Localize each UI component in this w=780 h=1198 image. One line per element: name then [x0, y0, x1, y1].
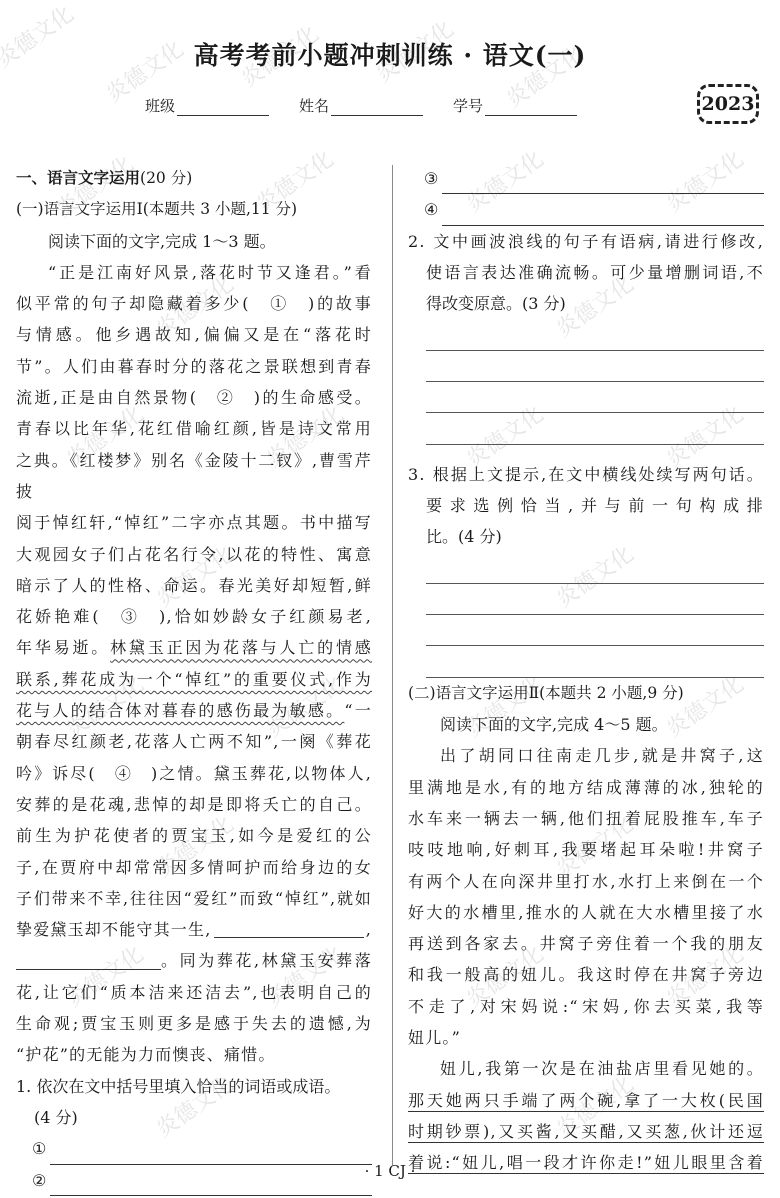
passage-line: 大观园女子们占花名行令,以花的特性、寓意: [16, 539, 372, 570]
student-id-blank[interactable]: [485, 99, 577, 116]
passage-line: 。同为葬花,林黛玉安葬落: [16, 945, 372, 976]
answer-input[interactable]: [442, 173, 764, 194]
instruction-2: 阅读下面的文字,完成 4～5 题。: [408, 709, 764, 740]
passage-line: 好大的水槽里,推水的人就在大水槽里接了水: [408, 897, 764, 928]
passage-line: “正是江南好风景,落花时节又逢君。”看: [16, 257, 372, 288]
section-heading: 一、语言文字运用(20 分): [16, 163, 372, 194]
passage-line: 出了胡同口往南走几步,就是井窝子,这: [408, 740, 764, 771]
subsection-heading-2: (二)语言文字运用Ⅱ(本题共 2 小题,9 分): [408, 678, 764, 709]
passage-text: “一: [344, 701, 372, 720]
passage-line: 花与人的结合体对暮春的感伤最为敏感。“一: [16, 695, 372, 726]
wavy-underlined-sentence: 花与人的结合体对暮春的感伤最为敏感。: [16, 701, 344, 720]
passage-line: 妞儿。”: [408, 1022, 764, 1053]
passage-line: 不走了,对宋妈说:“宋妈,你去买菜,我等: [408, 991, 764, 1022]
section-title: 一、语言文字运用: [16, 169, 140, 187]
passage-line: 朝春尽红颜老,花落人亡两不知”,一阕《葬花: [16, 726, 372, 757]
q3-answer-line[interactable]: [426, 646, 764, 677]
right-column: ③ ④ 2. 文中画波浪线的句子有语病,请进行修改, 使语言表达准确流畅。可少量…: [408, 163, 764, 1179]
name-blank[interactable]: [331, 99, 423, 116]
passage-line: 有两个人在向深井里打水,水打上来倒在一个: [408, 866, 764, 897]
student-id-label: 学号: [453, 95, 483, 116]
q3-answer-line[interactable]: [426, 615, 764, 646]
q3-answer-line[interactable]: [426, 553, 764, 584]
passage-line: 花,让它们“质本洁来还洁去”,也表明自己的: [16, 977, 372, 1008]
name-field[interactable]: 姓名: [299, 95, 423, 116]
student-id-field[interactable]: 学号: [453, 95, 577, 116]
passage-line: 流逝,正是由自然景物( ② )的生命感受。: [16, 382, 372, 413]
answer-line-4[interactable]: ④: [408, 194, 764, 225]
wavy-underlined-sentence: 林黛玉正因为花落与人亡的情感: [110, 638, 372, 657]
continuation-blank-2[interactable]: [16, 951, 161, 970]
underlined-sentence: 那天她两只手端了两个碗,拿了一大枚(民国: [408, 1085, 764, 1116]
question-1: 1. 依次在文中括号里填入恰当的词语或成语。: [16, 1071, 372, 1102]
wavy-underlined-sentence: 联系,葬花成为一个“悼红”的重要仪式,作为: [16, 664, 372, 695]
class-blank[interactable]: [177, 99, 269, 116]
passage-line: 吟》诉尽( ④ )之情。黛玉葬花,以物体人,: [16, 758, 372, 789]
subsection-heading: (一)语言文字运用Ⅰ(本题共 3 小题,11 分): [16, 194, 372, 225]
passage-line: 子们带来不幸,往往因“爱红”而致“悼红”,就如: [16, 883, 372, 914]
question-3-line: 要求选例恰当,并与前一句构成排: [408, 490, 764, 521]
passage-line: 与情感。他乡遇故知,偏偏又是在“落花时: [16, 319, 372, 350]
question-2-line: 使语言表达准确流畅。可少量增删词语,不: [408, 257, 764, 288]
passage-line: 和我一般高的妞儿。我这时停在井窝子旁边: [408, 959, 764, 990]
continuation-blank-1[interactable]: [214, 919, 364, 938]
question-2: 2. 文中画波浪线的句子有语病,请进行修改,: [408, 226, 764, 257]
class-label: 班级: [145, 95, 175, 116]
passage-line: 妞儿,我第一次是在油盐店里看见她的。: [408, 1053, 764, 1084]
passage-line: 花娇艳难( ③ ),恰如妙龄女子红颜易老,: [16, 601, 372, 632]
student-info-row: 班级 姓名 学号: [145, 95, 577, 116]
answer-line-1[interactable]: ①: [16, 1133, 372, 1164]
class-field[interactable]: 班级: [145, 95, 269, 116]
passage-line: 青春以比年华,花红借喻红颜,皆是诗文常用: [16, 413, 372, 444]
page-number: · 1 CJ ·: [0, 1162, 780, 1180]
passage-line: 水车来一辆去一辆,他们扭着屁股推车,车子: [408, 803, 764, 834]
spacer: [408, 445, 764, 459]
instruction: 阅读下面的文字,完成 1～3 题。: [16, 226, 372, 257]
question-3: 3. 根据上文提示,在文中横线处续写两句话。: [408, 459, 764, 490]
passage-line: 吱吱地响,好刺耳,我要堵起耳朵啦!井窝子: [408, 834, 764, 865]
answer-number: ④: [424, 194, 442, 225]
column-divider: [392, 165, 393, 1165]
year-badge: 2023: [697, 84, 759, 124]
passage-line: 暗示了人的性格、命运。春光美好却短暂,鲜: [16, 570, 372, 601]
q2-answer-line[interactable]: [426, 382, 764, 413]
question-1-points: (4 分): [16, 1102, 372, 1133]
passage-line: 子,在贾府中却常常因多情呵护而给身边的女: [16, 852, 372, 883]
passage-line: 之典。《红楼梦》别名《金陵十二钗》,曹雪芹披: [16, 445, 372, 508]
passage-line: 节”。人们由暮春时分的落花之景联想到青春: [16, 351, 372, 382]
left-column: 一、语言文字运用(20 分) (一)语言文字运用Ⅰ(本题共 3 小题,11 分)…: [16, 163, 372, 1196]
passage-line: 安葬的是花魂,悲悼的却是即将夭亡的自己。: [16, 789, 372, 820]
passage-text: 。同为葬花,林黛玉安葬落: [161, 945, 372, 976]
underlined-sentence: 时期钞票),又买酱,又买醋,又买葱,伙计还逗: [408, 1116, 764, 1147]
passage-line: 生命观;贾宝玉则更多是感于失去的遗憾,为: [16, 1008, 372, 1039]
passage-line: 里满地是水,有的地方结成薄薄的冰,独轮的: [408, 772, 764, 803]
answer-input[interactable]: [442, 205, 764, 226]
passage-line: 阅于悼红轩,“悼红”二字亦点其题。书中描写: [16, 507, 372, 538]
passage-text: 挚爱黛玉却不能守其一生,: [16, 914, 212, 945]
page-title: 高考考前小题冲刺训练 · 语文(一): [0, 36, 780, 72]
answer-number: ③: [424, 163, 442, 194]
passage-line: 似平常的句子却隐藏着多少( ① )的故事: [16, 288, 372, 319]
answer-number: ①: [32, 1133, 50, 1164]
q2-answer-line[interactable]: [426, 319, 764, 350]
comma: ,: [366, 914, 372, 945]
answer-line-3[interactable]: ③: [408, 163, 764, 194]
passage-line: 再送到各家去。井窝子旁住着一个我的朋友: [408, 928, 764, 959]
section-points: (20 分): [140, 169, 192, 187]
q2-answer-line[interactable]: [426, 351, 764, 382]
q3-answer-line[interactable]: [426, 584, 764, 615]
passage-line: 挚爱黛玉却不能守其一生,,: [16, 914, 372, 945]
passage-line: “护花”的无能为力而懊丧、痛惜。: [16, 1039, 372, 1070]
passage-line: 年华易逝。林黛玉正因为花落与人亡的情感: [16, 632, 372, 663]
question-2-line: 得改变原意。(3 分): [408, 288, 764, 319]
name-label: 姓名: [299, 95, 329, 116]
passage-text: 年华易逝。: [16, 638, 110, 657]
passage-line: 前生为护花使者的贾宝玉,如今是爱红的公: [16, 820, 372, 851]
question-3-line: 比。(4 分): [408, 521, 764, 552]
q2-answer-line[interactable]: [426, 413, 764, 444]
